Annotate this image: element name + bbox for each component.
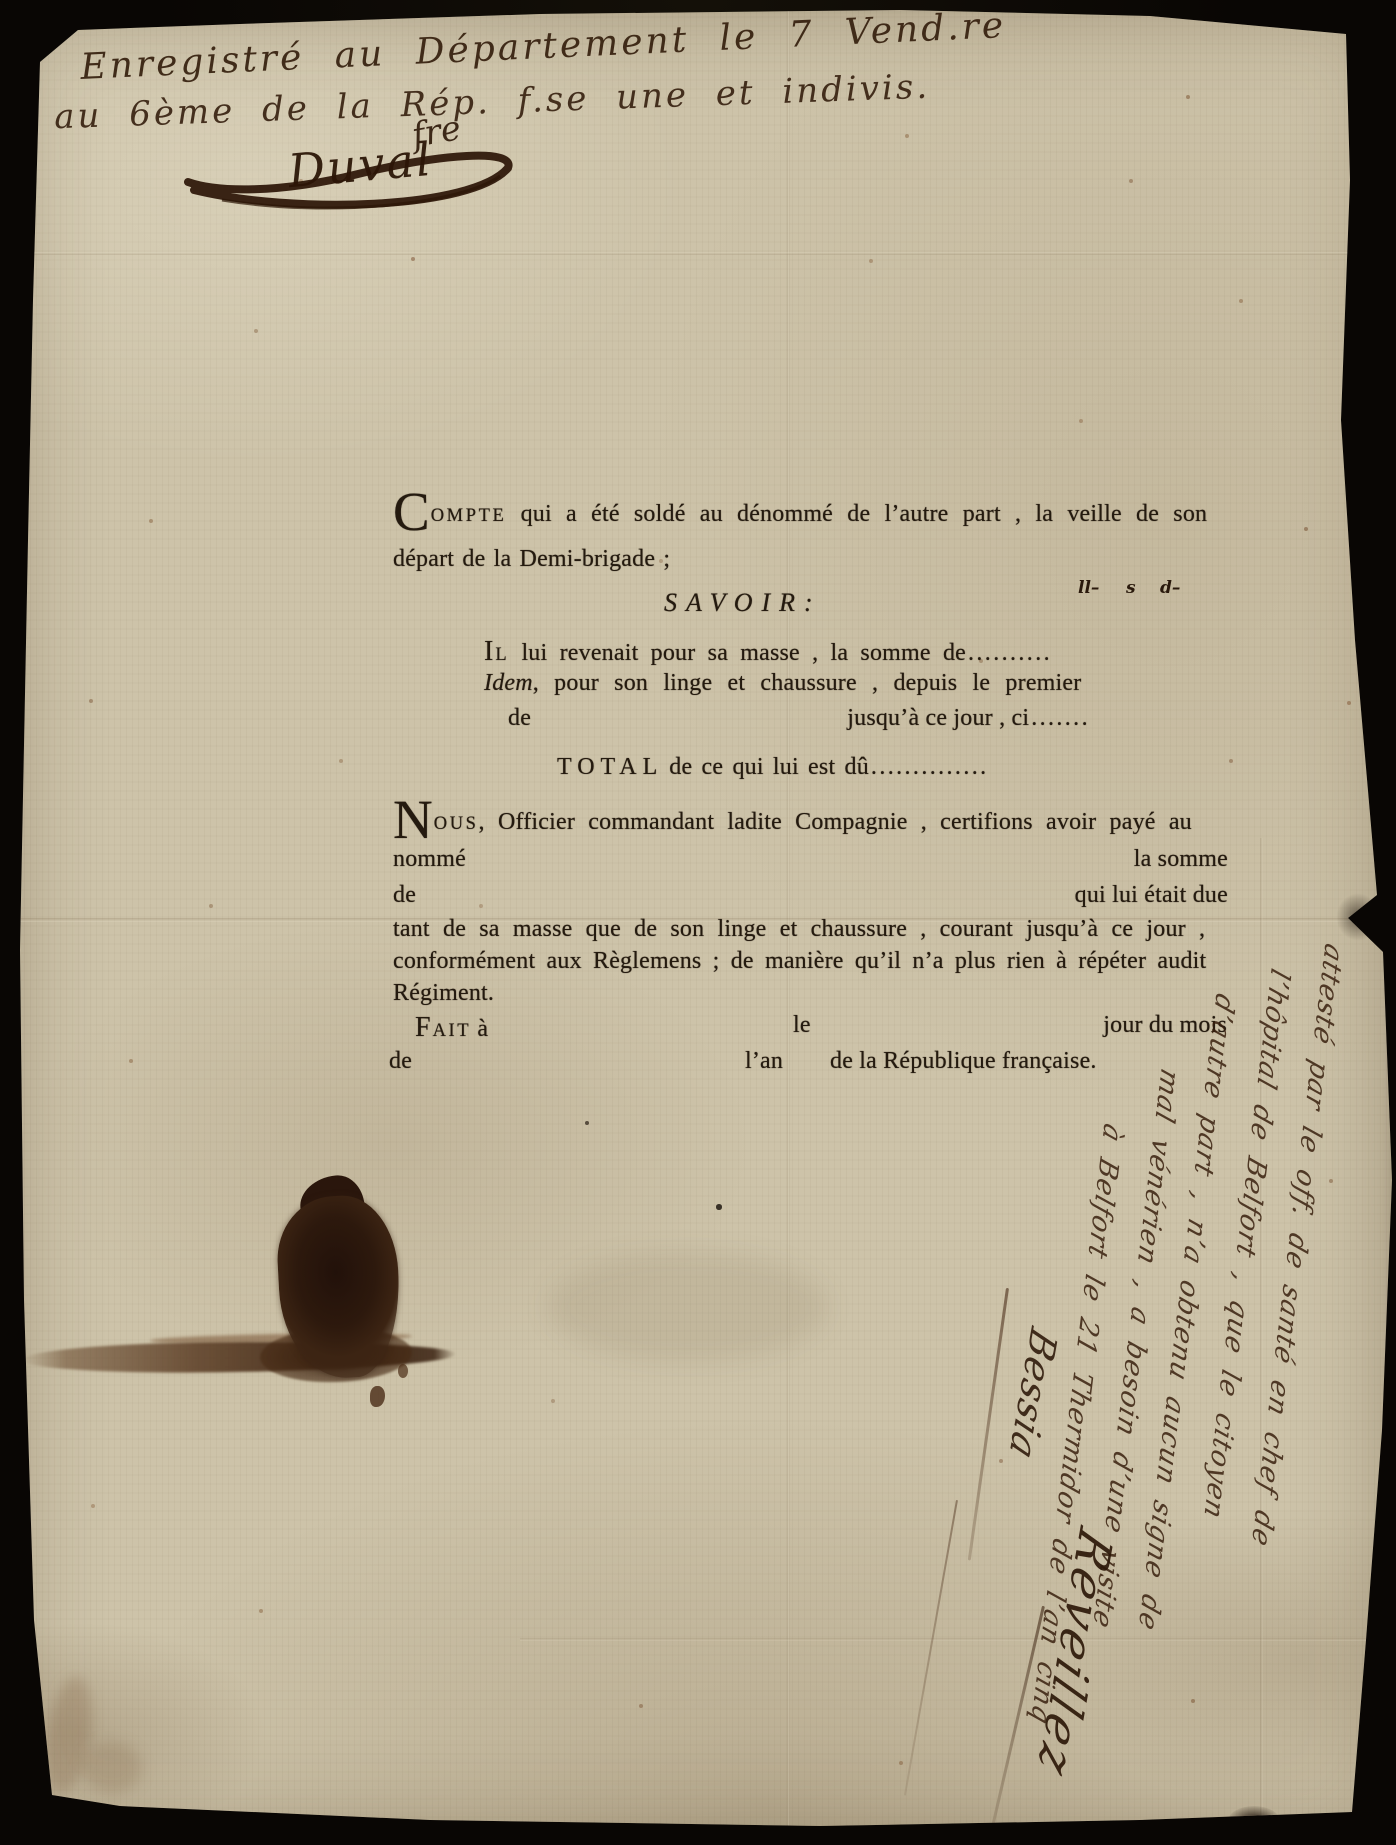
nous-initial: N <box>393 789 434 850</box>
signature-flourish-icon <box>182 138 522 222</box>
idem-line-2-right: jusqu’à ce jour , ci....... <box>847 705 1090 732</box>
dateline-row-1: FAIT à le jour du mois <box>415 1012 1227 1042</box>
photo-stage: Enregistré au Département le 7 Vend.re a… <box>0 0 1396 1845</box>
sum-rule-2 <box>0 16 172 21</box>
horizontal-fold-crease-top <box>20 252 1350 255</box>
masse-initial: I <box>484 636 495 667</box>
de-label: de <box>393 882 416 909</box>
idem-word: Idem <box>484 670 533 696</box>
pen-flourish-stroke-2 <box>904 1500 958 1796</box>
double-rule <box>0 0 845 12</box>
certification-line-3: de qui lui était due <box>393 882 1228 909</box>
certification-line-2: nommé la somme <box>393 846 1228 873</box>
certification-line-6: Régiment. <box>393 980 494 1007</box>
certification-line-5: conformément aux Règlemens ; de manière … <box>393 948 1206 975</box>
horizontal-fold-crease-bottom <box>520 1638 1380 1641</box>
total-label: TOTAL <box>557 754 663 780</box>
idem-text: , pour son linge et chaussure , depuis l… <box>533 670 1082 696</box>
ink-drip-1 <box>370 1386 385 1407</box>
masse-leaders: .......... <box>968 640 1052 666</box>
certification-line-4: tant de sa masse que de son linge et cha… <box>393 916 1205 943</box>
idem-line-2: de jusqu’à ce jour , ci....... <box>508 705 1090 732</box>
sum-rule-1 <box>0 12 168 16</box>
stain-middle <box>548 1252 828 1362</box>
masse-text: lui revenait pour sa masse , la somme de <box>521 640 966 666</box>
pen-flourish-stroke-1 <box>968 1288 1009 1561</box>
le-label: le <box>793 1012 811 1039</box>
corner-stain <box>1228 1806 1280 1836</box>
certification-line-1: NOUS, Officier commandant ladite Compagn… <box>393 808 1192 836</box>
idem-line-2-de: de <box>508 705 531 731</box>
republique-label: de la République française. <box>830 1048 1097 1075</box>
bessia-signature: Bessia <box>1001 1322 1065 1468</box>
dateline-row-2: de l’an de la République française. <box>389 1048 1140 1078</box>
lan-label: l’an <box>745 1048 783 1075</box>
total-leaders: .............. <box>871 754 989 780</box>
savoir-label: SAVOIR: <box>664 588 822 618</box>
compte-line-1-text: qui a été soldé au dénommé de l’autre pa… <box>521 501 1208 527</box>
fait-a-label: FAIT à <box>415 1016 488 1042</box>
nous-smallcaps: OUS <box>434 814 479 834</box>
printed-form: COMPTE qui a été soldé au dénommé de l’a… <box>0 0 1396 21</box>
edge-tear-shadow <box>1336 893 1380 941</box>
compte-paragraph-line-1: COMPTE qui a été soldé au dénommé de l’a… <box>393 500 1207 528</box>
compte-initial: C <box>393 481 431 542</box>
qui-lui-etait-due-label: qui lui était due <box>1075 882 1228 909</box>
idem-line: Idem, pour son linge et chaussure , depu… <box>484 670 1081 697</box>
certification-line-1-text: , Officier commandant ladite Compagnie ,… <box>479 809 1192 835</box>
la-somme-label: la somme <box>1134 846 1228 873</box>
total-line: TOTALde ce qui lui est dû.............. <box>557 754 989 781</box>
currency-sous-mark: s <box>1126 578 1136 598</box>
compte-paragraph-line-2: départ de la Demi-brigade ; <box>393 546 670 573</box>
compte-smallcaps: OMPTE <box>431 506 507 526</box>
stain-bottom-left-2 <box>82 1742 142 1794</box>
nomme-label: nommé <box>393 846 466 873</box>
document-paper: Enregistré au Département le 7 Vend.re a… <box>0 0 1396 1845</box>
stain-bottom-left <box>40 1674 98 1797</box>
masse-smallcaps: L <box>495 645 509 665</box>
currency-deniers-mark: d– <box>1160 578 1180 598</box>
total-text: de ce qui lui est dû <box>669 754 869 780</box>
masse-line: IL lui revenait pour sa masse , la somme… <box>484 636 1052 668</box>
idem-line-2-leaders: ....... <box>1031 705 1090 731</box>
paper-speckles <box>0 0 2 2</box>
ink-drip-2 <box>398 1364 408 1378</box>
dateline-de-label: de <box>389 1048 412 1074</box>
currency-livres-mark: ll– <box>1078 578 1099 598</box>
